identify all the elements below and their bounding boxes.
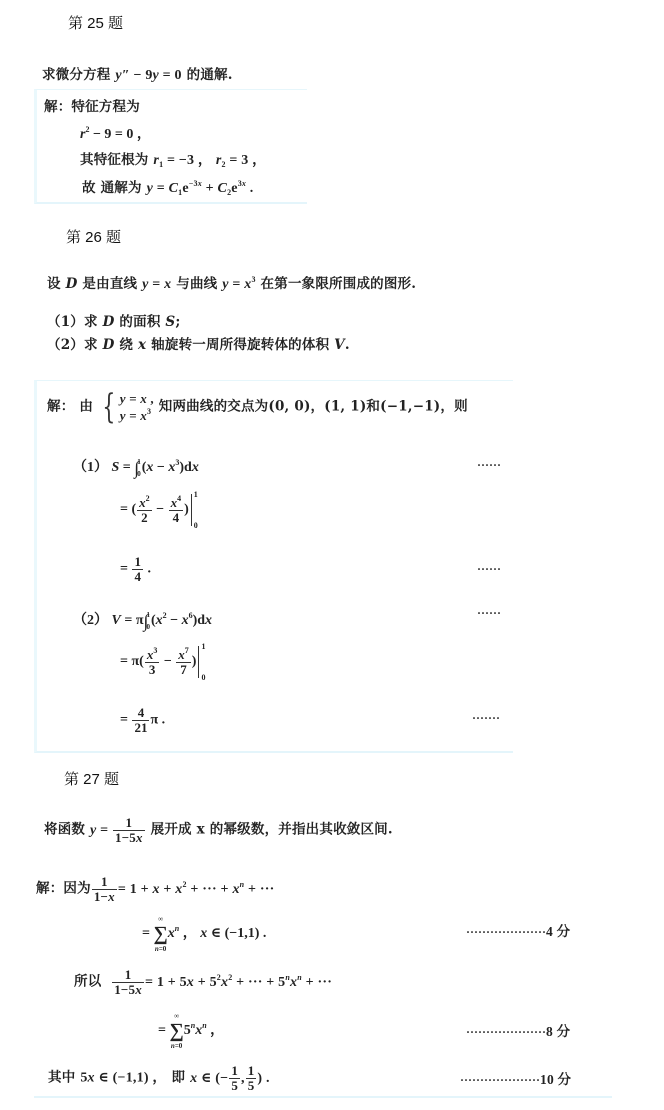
q27-score-8: ····················8 分 [466,1020,570,1040]
question-27-problem: 将函数 y = 11−5x 展开成 x 的幂级数，并指出其收敛区间. [44,816,393,845]
question-26-title: 第 26 题 [66,226,121,247]
question-26-part1: （1）求 D 的面积 S; [47,310,181,330]
q26-part2-line1: （2） V = π∫10(x2 − x6)dx [73,609,212,633]
question-26-solution-box [34,380,513,753]
q27-score-4: ····················4 分 [466,920,570,940]
q27-solution-line2: = ∞∑n=0xn ， x ∈ (−1,1) . [142,914,266,954]
left-brace-icon: { [102,392,115,422]
q27-solution-line1: 解：因为11−x= 1 + x + x2 + ··· + xn + ··· [36,875,274,904]
q25-solution-label: 解：特征方程为 [44,95,140,115]
q25-roots: 其特征根为 r1 = −3 ， r2 = 3 ， [80,148,266,169]
question-26-statement: 设 D 是由直线 y = x 与曲线 y = x3 在第一象限所围成的图形. [47,272,416,293]
q26-part1-line1: （1） S = ∫10(x − x3)dx [73,456,199,480]
q25-general-solution: 故 通解为 y = C1e−3x + C2e3x . [82,176,254,197]
q26-part1-score-dots-1: ······ [477,458,501,473]
q25-equation: y″ − 9y = 0 [115,68,181,83]
question-27-title: 第 27 题 [64,768,119,789]
q26-solution-intro: 解： 由 {y = x ,y = x3 知两曲线的交点为(0, 0)，(1, 1… [47,390,468,424]
question-25-title: 第 25 题 [68,12,123,33]
q26-part2-score-dots-1: ······ [477,606,501,621]
q27-solution-line3: 所以 11−5x= 1 + 5x + 52x2 + ··· + 5nxn + ·… [74,968,332,997]
q27-solution-line4: = ∞∑n=05nxn ， [158,1011,224,1051]
q27-score-10: ····················10 分 [460,1068,571,1088]
q27-bottom-divider [34,1096,612,1098]
q26-part2-score-dots-2: ······· [472,711,500,726]
question-26-part2: （2）求 D 绕 x 轴旋转一周所得旋转体的体积 V. [47,333,350,353]
q26-part1-score-dots-2: ······ [477,562,501,577]
q26-part1-line3: = 14 . [120,555,151,584]
question-25-problem: 求微分方程 y″ − 9y = 0 的通解. [42,63,233,84]
q26-part2-line3: = 421π . [120,706,165,735]
q25-characteristic-equation: r2 − 9 = 0 ， [80,123,151,143]
q26-part1-line2: = (x22 − x44)10 [120,494,200,526]
q26-equation-system: y = x ,y = x3 [120,390,154,424]
q27-solution-line5: 其中 5x ∈ (−1,1) ， 即 x ∈ (−15,15) . [48,1064,270,1093]
q26-part2-line2: = π(x33 − x77)10 [120,646,207,678]
